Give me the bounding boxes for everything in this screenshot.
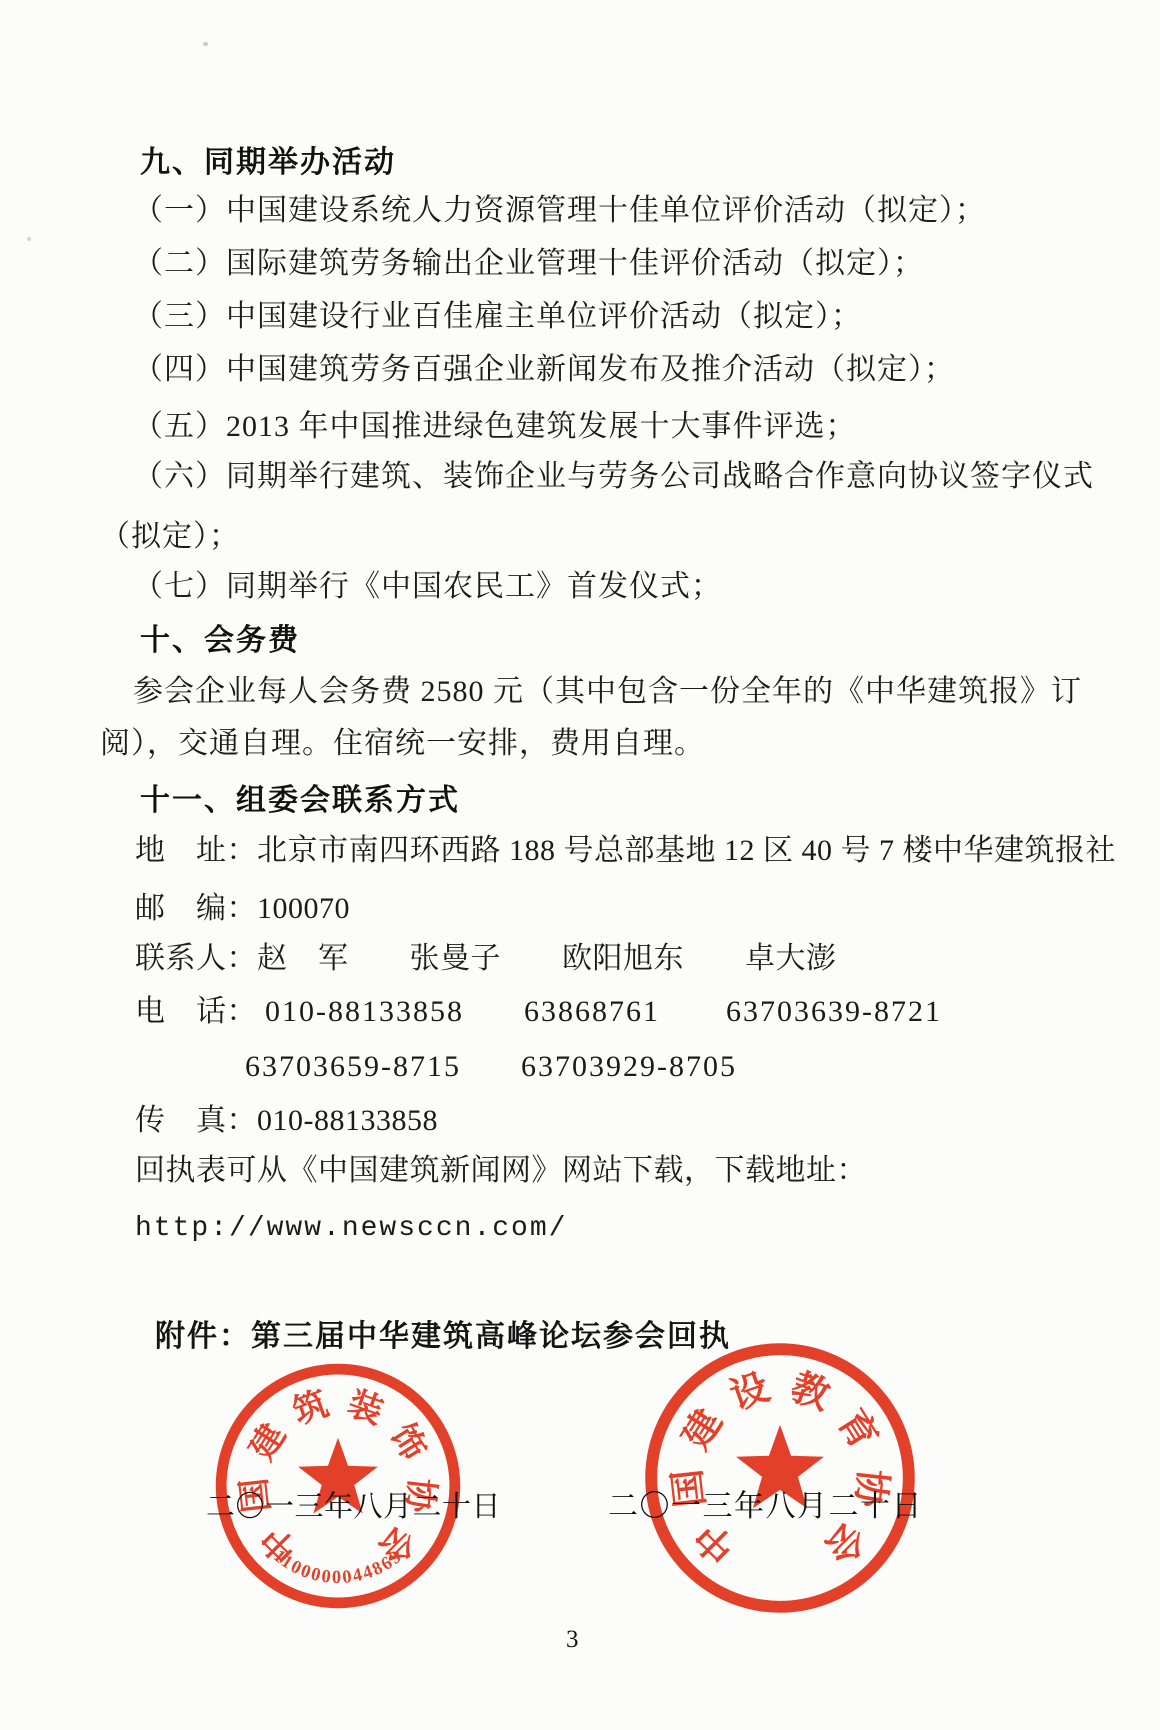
fee-text-line1: 参会企业每人会务费 2580 元（其中包含一份全年的《中华建筑报》订 xyxy=(133,674,1082,710)
list-item-continuation: （拟定）； xyxy=(100,519,240,555)
list-item: （五）2013 年中国推进绿色建筑发展十大事件评选； xyxy=(133,409,857,445)
seal-ring-char: 教 xyxy=(785,1366,835,1418)
section-heading-9: 九、同期举办活动 xyxy=(140,145,396,181)
phone-number: 010-88133858 xyxy=(265,995,464,1028)
seal-china-construction-education-association: 中 国 建 设 教 育 协 会 xyxy=(640,1338,920,1618)
phone-line-2: 63703659-8715 63703929-8705 xyxy=(245,1049,737,1085)
phone-number: 63703659-8715 xyxy=(245,1050,461,1083)
signature-date-left: 二〇一三年八月二十日 xyxy=(206,1484,501,1525)
contacts-line: 联系人：赵 军 张曼子 欧阳旭东 卓大澎 xyxy=(135,941,837,977)
list-item: （二）国际建筑劳务输出企业管理十佳评价活动（拟定）； xyxy=(133,246,924,282)
list-item: （三）中国建设行业百佳雇主单位评价活动（拟定）； xyxy=(133,299,862,335)
seal-ring-char: 育 xyxy=(829,1402,885,1456)
page-number: 3 xyxy=(566,1626,579,1654)
seal-ring-char: 设 xyxy=(725,1366,775,1418)
phone-number: 63703639-8721 xyxy=(726,995,942,1028)
document-page: 九、同期举办活动 （一）中国建设系统人力资源管理十佳单位评价活动（拟定）； （二… xyxy=(0,0,1160,1730)
list-item: （六）同期举行建筑、装饰企业与劳务公司战略合作意向协议签字仪式 xyxy=(133,459,1094,495)
signature-date-right: 二〇一三年八月二十日 xyxy=(608,1481,923,1525)
section-heading-10: 十、会务费 xyxy=(140,623,300,659)
list-item: （一）中国建设系统人力资源管理十佳单位评价活动（拟定）； xyxy=(133,193,986,229)
download-url: http://www.newsccn.com/ xyxy=(135,1211,567,1247)
postcode-line: 邮 编：100070 xyxy=(135,891,350,927)
phone-number: 63703929-8705 xyxy=(521,1050,737,1083)
seal-ring-char: 筑 xyxy=(288,1384,333,1431)
paper-speck xyxy=(27,237,31,241)
address-line: 地 址：北京市南四环西路 188 号总部基地 12 区 40 号 7 楼中华建筑… xyxy=(135,833,1116,869)
seal-ring-char: 装 xyxy=(343,1384,388,1431)
phone-label: 电 话： xyxy=(135,995,257,1028)
phone-line-1: 电 话： 010-88133858 63868761 63703639-8721 xyxy=(135,994,942,1030)
paper-speck xyxy=(203,42,208,46)
list-item: （七）同期举行《中国农民工》首发仪式； xyxy=(133,569,722,605)
list-item: （四）中国建筑劳务百强企业新闻发布及推介活动（拟定）； xyxy=(133,352,955,388)
fee-text-line2: 阅），交通自理。住宿统一安排，费用自理。 xyxy=(100,726,705,762)
section-heading-11: 十一、组委会联系方式 xyxy=(140,783,460,819)
seal-ring-char: 建 xyxy=(675,1402,731,1457)
fax-line: 传 真：010-88133858 xyxy=(135,1103,438,1139)
seal-ring-char: 建 xyxy=(243,1417,294,1467)
seal-ring-char: 饰 xyxy=(383,1417,434,1467)
download-note-line: 回执表可从《中国建筑新闻网》网站下载，下载地址： xyxy=(135,1153,867,1189)
phone-number: 63868761 xyxy=(524,995,660,1028)
